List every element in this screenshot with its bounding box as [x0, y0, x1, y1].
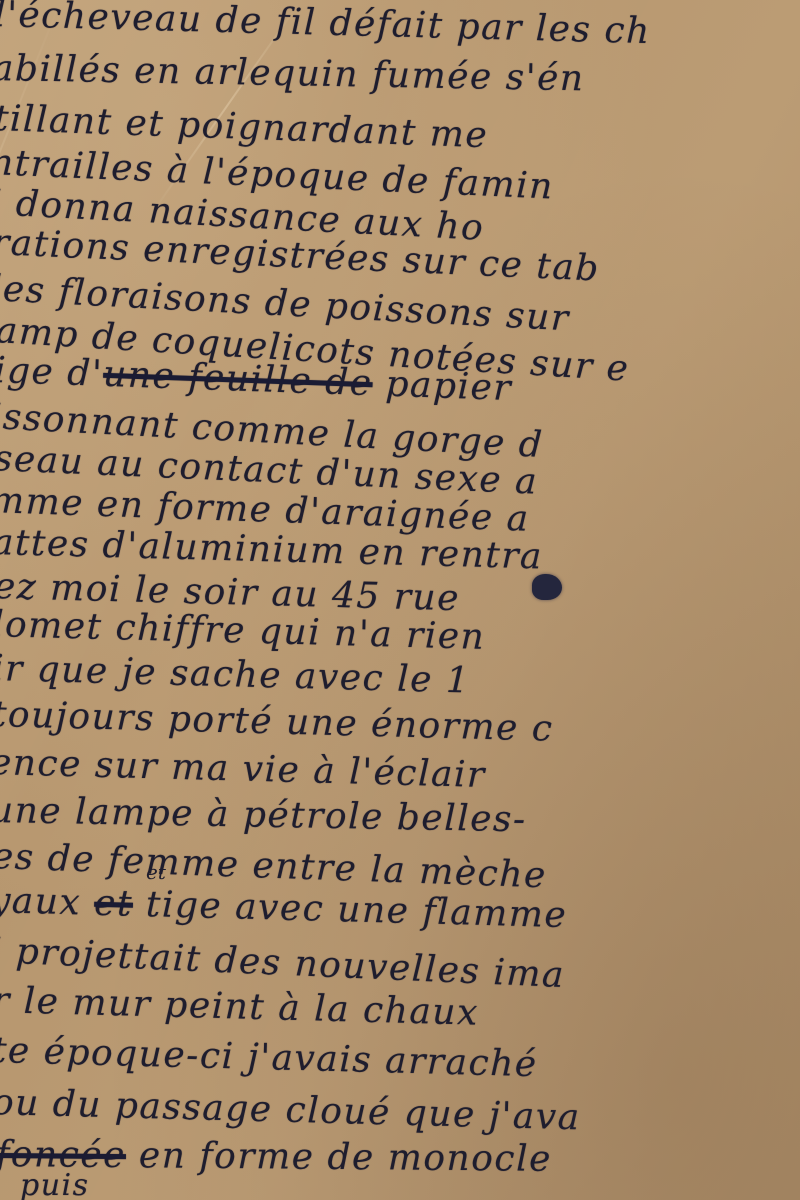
- line-text: en forme de monocle: [126, 1135, 552, 1180]
- manuscript-line: toujours porté une énorme c: [0, 694, 554, 750]
- line-text: yaux: [0, 880, 95, 924]
- manuscript-line: abillés en arlequin fumée s'én: [0, 48, 585, 99]
- struck-text: et: [94, 883, 134, 925]
- manuscript-page: l'écheveau de fil défait par les ch abil…: [0, 0, 800, 1200]
- manuscript-line: te époque-ci j'avais arraché: [0, 1030, 538, 1085]
- manuscript-line: puis: [20, 1168, 90, 1200]
- inserted-word: et: [146, 860, 166, 884]
- manuscript-line: ence sur ma vie à l'éclair: [0, 742, 486, 796]
- manuscript-line: une lampe à pétrole belles-: [0, 790, 527, 840]
- struck-text: une feuille de: [102, 354, 373, 404]
- line-text: papier: [372, 363, 513, 409]
- manuscript-line: ou du passage cloué que j'ava: [0, 1082, 581, 1138]
- ink-blot: [532, 574, 562, 600]
- manuscript-line: l'écheveau de fil défait par les ch: [0, 0, 651, 52]
- manuscript-line: ir que je sache avec le 1: [0, 648, 471, 702]
- line-text: ige d': [0, 350, 104, 395]
